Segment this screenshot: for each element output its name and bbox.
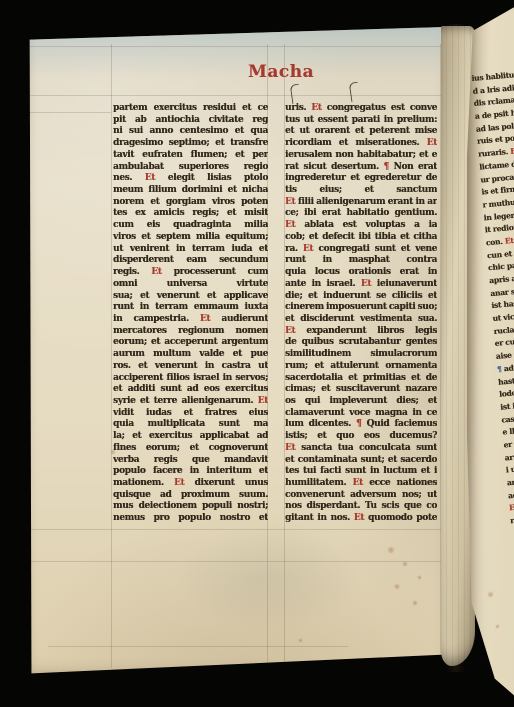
text-line: et disciderunt vestimenta sua. bbox=[285, 314, 437, 326]
text-line: omni universa virtute bbox=[113, 279, 268, 291]
text-line: ingrederetur et egrederetur de na bbox=[285, 173, 437, 185]
text-line: tes tui facti sunt in luctum et i bbox=[285, 466, 437, 478]
page-top-sheen bbox=[28, 24, 460, 78]
text-line: eorum; et acceperunt argentum et bbox=[113, 337, 268, 349]
text-line: Et filii alienigenarum erant in ar bbox=[285, 197, 437, 209]
facing-page: ius hablitur ed a lris adiuudis rclamati… bbox=[466, 3, 514, 701]
text-column-right: uris. Et congregatus est convetus ut ess… bbox=[285, 103, 437, 525]
text-line: pit ab antiochia civitate reg bbox=[113, 115, 268, 127]
text-line: et contaminata sunt; et sacerdo bbox=[285, 455, 437, 467]
text-line: sua; et venerunt et applicave bbox=[113, 291, 268, 303]
ruling-line-horizontal-foot bbox=[48, 646, 348, 647]
foxing-spot bbox=[495, 624, 500, 629]
foxing-spot bbox=[417, 575, 422, 580]
text-line: gitant in nos. Et quomodo pote bbox=[285, 513, 437, 525]
text-line: similitudinem simulacrorum suo bbox=[285, 349, 437, 361]
foxing-spot bbox=[402, 561, 408, 567]
text-line: syrie et terre alienigenarum. Et bbox=[113, 396, 268, 408]
text-line: aurum multum valde et pue bbox=[113, 349, 268, 361]
text-line: ra. Et congregati sunt et vene bbox=[285, 244, 437, 256]
text-line: tavit eufraten flumen; et per bbox=[113, 150, 268, 162]
ruling-line-horizontal-header bbox=[28, 95, 460, 96]
text-line: tus ut essent parati in prelium: bbox=[285, 115, 437, 127]
ruling-line-horizontal-top bbox=[28, 46, 460, 47]
text-line: fines eorum; et cognoverunt bbox=[113, 443, 268, 455]
ruling-line-horizontal-margin bbox=[28, 112, 111, 113]
text-line: quia locus orationis erat in masphat bbox=[285, 267, 437, 279]
text-line: vidit iudas et fratres eius bbox=[113, 408, 268, 420]
stain bbox=[178, 524, 358, 634]
foxing-spot bbox=[394, 583, 400, 590]
text-line: meum filium dorimini et nicha bbox=[113, 185, 268, 197]
text-line: mus deiectionem populi nostri; et pug bbox=[113, 501, 268, 513]
text-line: et ut orarent et peterent mise bbox=[285, 126, 437, 138]
text-line: rat sicut desertum. ¶ Non erat qui bbox=[285, 162, 437, 174]
text-line: cob; et defecit ibi tibia et citha bbox=[285, 232, 437, 244]
text-line: die; et induerunt se ciliciis et bbox=[285, 291, 437, 303]
text-line: nos disperdant. Tu scis que co bbox=[285, 501, 437, 513]
text-line: rum; et attulerunt ornamenta bbox=[285, 361, 437, 373]
text-column-left: partem exercitus residui et cepit ab ant… bbox=[113, 103, 268, 525]
photo-stage: Macha partem exercitus residui et cepit … bbox=[0, 0, 514, 707]
running-title: Macha bbox=[248, 62, 314, 82]
foxing-spot bbox=[298, 638, 303, 643]
text-line: ante in israel. Et ieiunaverunt illa bbox=[285, 279, 437, 291]
foxing-spot bbox=[412, 600, 418, 606]
text-line: sacerdotalia et primitias et de bbox=[285, 373, 437, 385]
text-line: viros et septem milia equitum; bbox=[113, 232, 268, 244]
text-line: cinerem imposuerunt capiti suo; bbox=[285, 302, 437, 314]
text-line: os qui impleverunt dies; et bbox=[285, 396, 437, 408]
text-line: tis eius; et sanctum conculcabatur. bbox=[285, 185, 437, 197]
manuscript-page: Macha partem exercitus residui et cepit … bbox=[28, 24, 460, 676]
text-line: tes ex amicis regis; et misit bbox=[113, 208, 268, 220]
ascender-flourish-icon bbox=[349, 82, 361, 102]
text-line: Et expanderunt libros legis bbox=[285, 326, 437, 338]
text-line: nes. Et elegit lisias ptolo bbox=[113, 173, 268, 185]
text-line: lum dicentes. ¶ Quid faciemus bbox=[285, 419, 437, 431]
text-line: de quibus scrutabantur gentes bbox=[285, 337, 437, 349]
text-line: quia multiplicata sunt ma bbox=[113, 419, 268, 431]
text-line: verba regis que mandavit bbox=[113, 455, 268, 467]
text-line: convenerunt adversum nos; ut bbox=[285, 490, 437, 502]
text-line: nemus pro populo nostro et sanctis bbox=[113, 513, 268, 525]
text-line: cum eis quadraginta milia bbox=[113, 220, 268, 232]
text-line: norem et gorgiam viros poten bbox=[113, 197, 268, 209]
text-line: humilitatem. Et ecce nationes bbox=[285, 478, 437, 490]
text-line: dragesimo septimo; et transfre bbox=[113, 138, 268, 150]
text-line: Et ablata est voluptas a ia bbox=[285, 220, 437, 232]
text-line: disperderent eam secundum verbum bbox=[113, 255, 268, 267]
text-line: ricordiam et miserationes. Et bbox=[285, 138, 437, 150]
foxing-spot bbox=[387, 546, 395, 554]
text-line: quisque ad proximum suum. Eriga bbox=[113, 490, 268, 502]
text-line: mationem. Et dixerunt unus bbox=[113, 478, 268, 490]
foxing-spot bbox=[110, 449, 116, 455]
text-line: ambulabat superiores regio bbox=[113, 162, 268, 174]
text-line: la; et exercitus applicabat ad bbox=[113, 431, 268, 443]
foxing-spot bbox=[487, 591, 494, 598]
text-line: ros. et venerunt in castra ut bbox=[113, 361, 268, 373]
ascender-flourish-icon bbox=[290, 84, 302, 104]
text-line: clamaverunt voce magna in ce bbox=[285, 408, 437, 420]
facing-page-text: ius hablitur ed a lris adiuudis rclamati… bbox=[471, 68, 514, 528]
text-line: runt in masphat contra ierusalem bbox=[285, 255, 437, 267]
text-line: cimas; et suscitaverunt nazare bbox=[285, 384, 437, 396]
text-line: ut venirent in terram iuda et bbox=[113, 244, 268, 256]
text-line: partem exercitus residui et ce bbox=[113, 103, 268, 115]
ruling-line-vertical-left-margin bbox=[111, 44, 112, 668]
text-line: mercatores regionum nomen bbox=[113, 326, 268, 338]
text-line: istis; et quo eos ducemus? bbox=[285, 431, 437, 443]
text-line: ce; ibi erat habitatio gentium. bbox=[285, 208, 437, 220]
text-line: in campestria. Et audierunt bbox=[113, 314, 268, 326]
text-line: et additi sunt ad eos exercitus bbox=[113, 384, 268, 396]
text-line: ni sui anno centesimo et qua bbox=[113, 126, 268, 138]
text-line: acciperent filios israel in servos; bbox=[113, 373, 268, 385]
text-line: Et sancta tua conculcata sunt bbox=[285, 443, 437, 455]
text-line: ierusalem non habitabatur; et e bbox=[285, 150, 437, 162]
text-line: populo facere in interitum et consum bbox=[113, 466, 268, 478]
text-line: regis. Et processerunt cum bbox=[113, 267, 268, 279]
text-line: uris. Et congregatus est conve bbox=[285, 103, 437, 115]
text-line: runt in terram emmaum iuxta bbox=[113, 302, 268, 314]
